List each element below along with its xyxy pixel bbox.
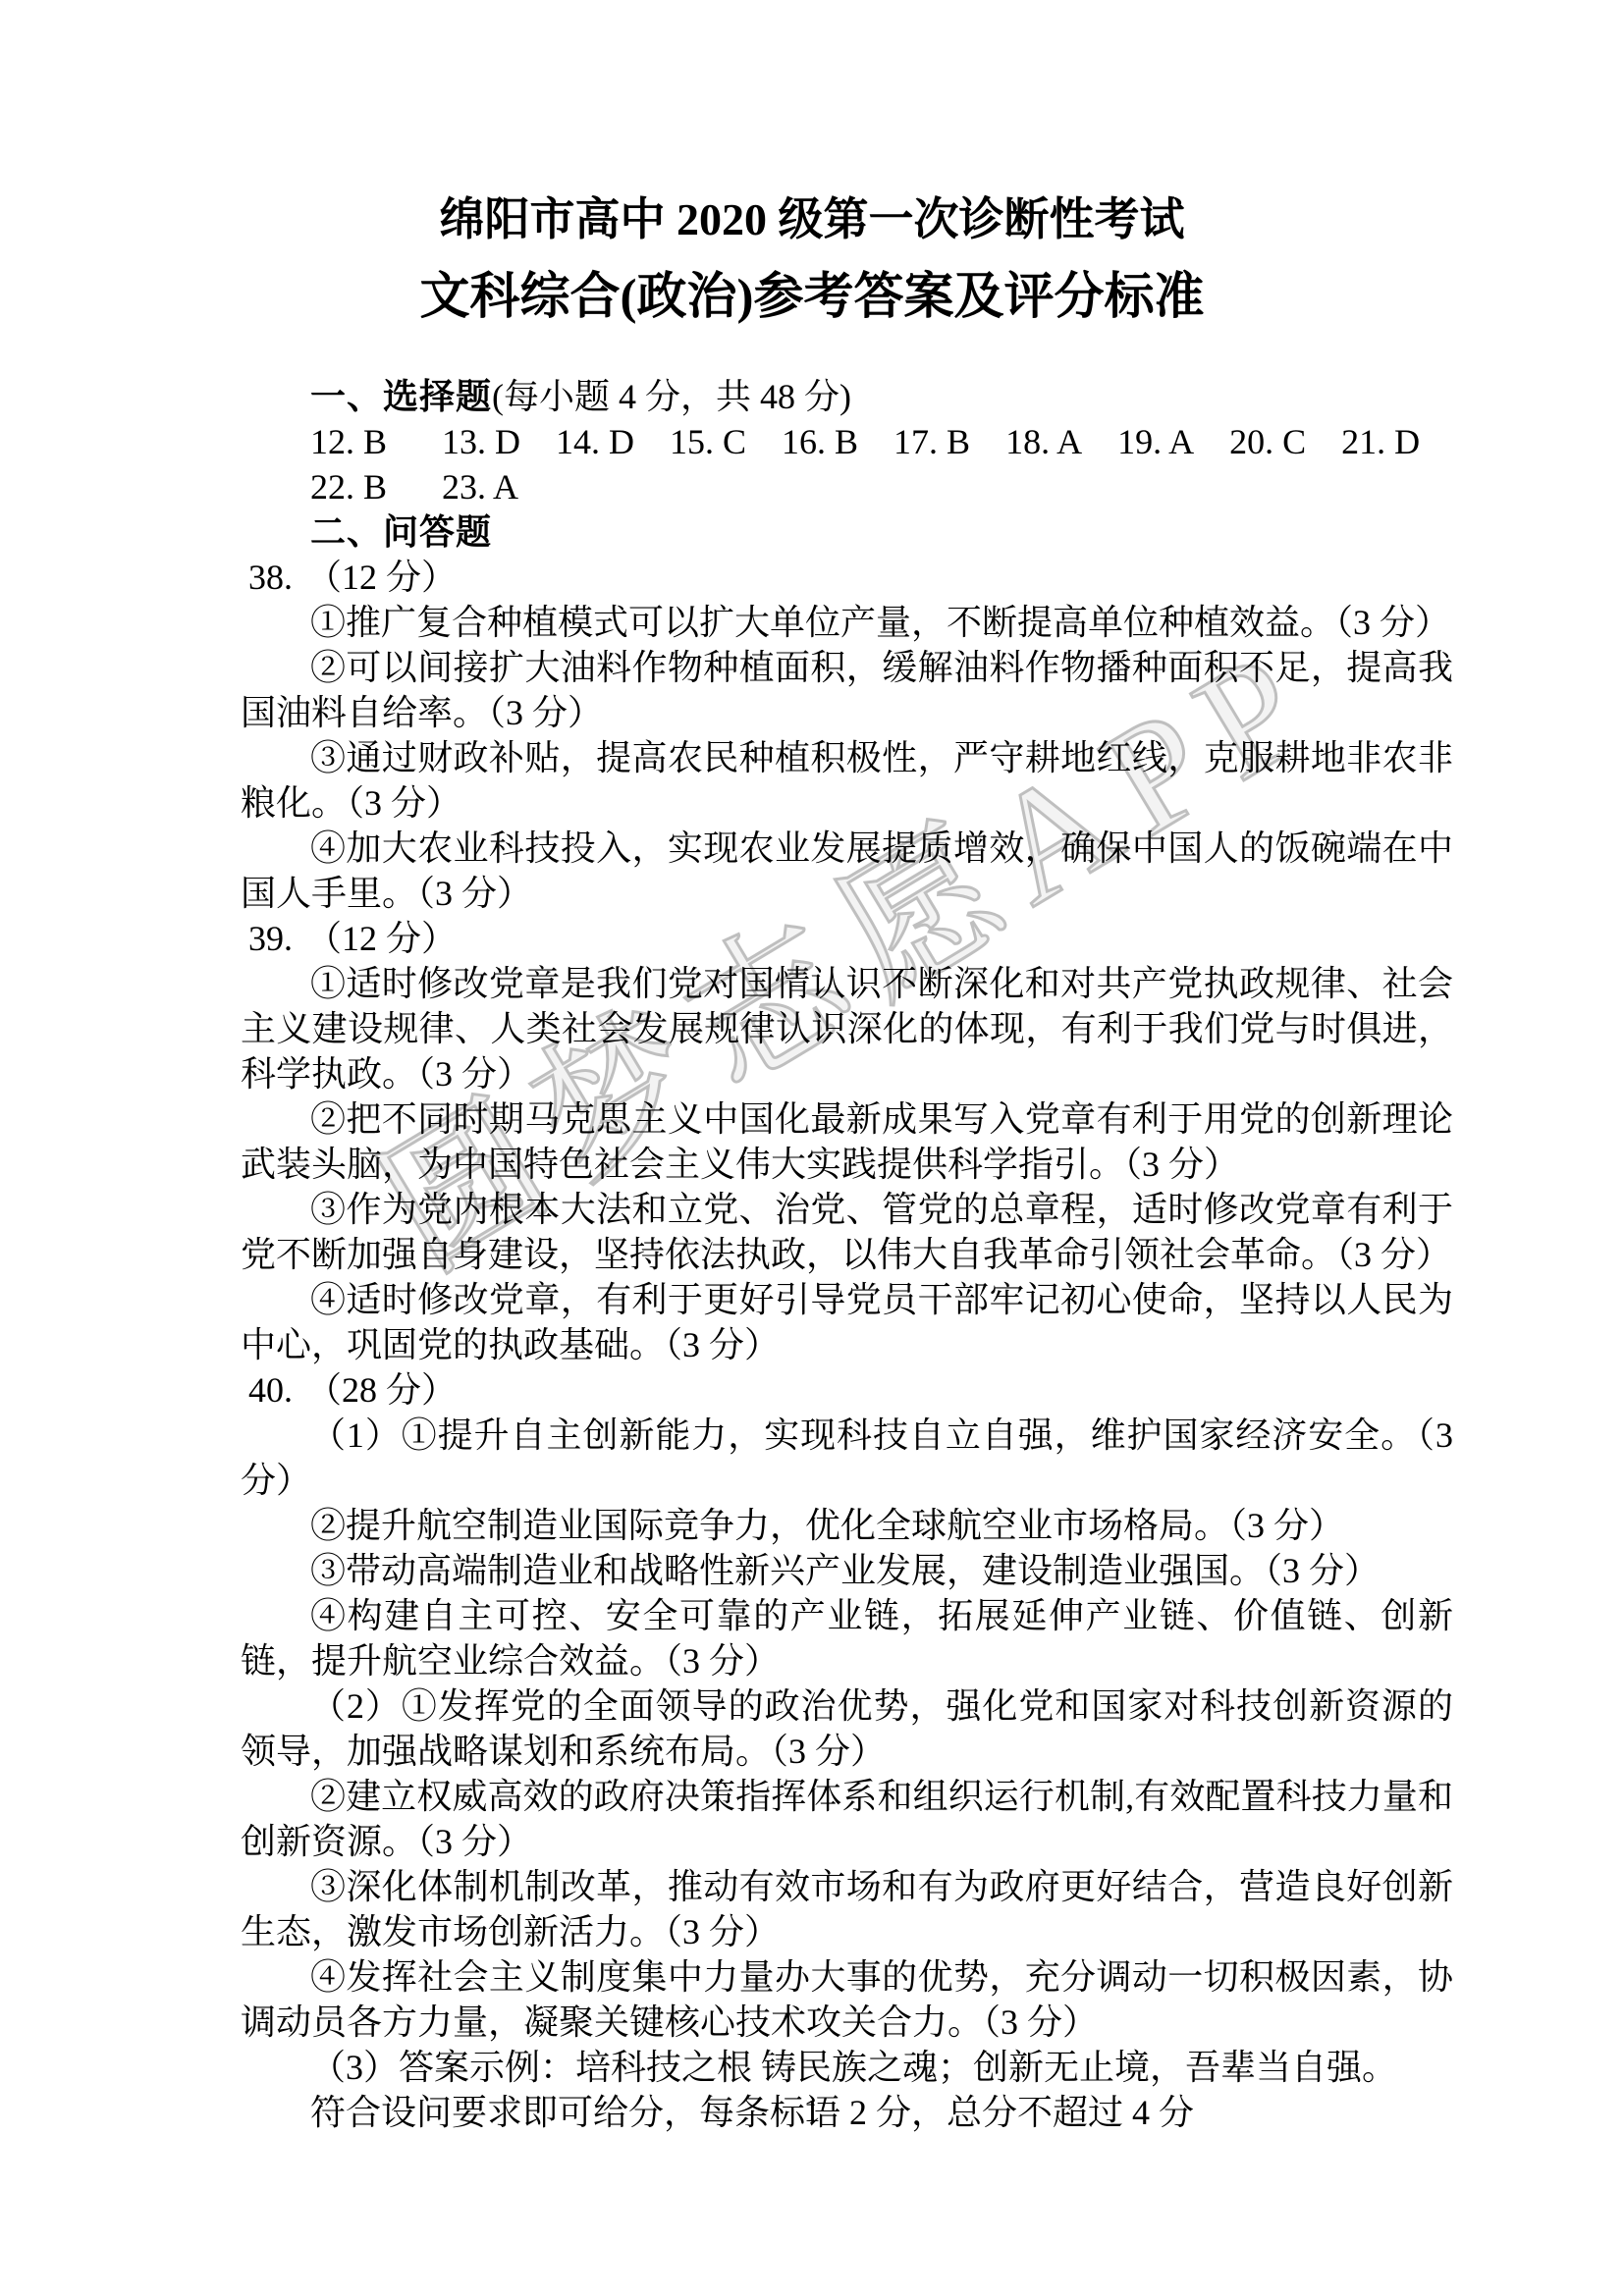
choice-answer: 16. B [782,422,858,461]
question-number-line: 38.（12 分） [241,555,1453,600]
answer-paragraph: ④构建自主可控、安全可靠的产业链，拓展延伸产业链、价值链、创新链，提升航空业综合… [241,1593,1453,1683]
section1-heading: 一、选择题(每小题 4 分，共 48 分) [241,374,1453,419]
answer-paragraph: （2）①发挥党的全面领导的政治优势，强化党和国家对科技创新资源的领导，加强战略谋… [241,1683,1453,1774]
exam-title-line1: 绵阳市高中 2020 级第一次诊断性考试 [0,192,1624,247]
choice-answers-row-1: 12. B13. D14. D15. C16. B17. B18. A19. A… [241,419,1453,464]
choice-answers-row-2: 22. B23. A [241,464,1453,509]
question-number: 38. [248,558,293,597]
answer-paragraph: ②把不同时期马克思主义中国化最新成果写入党章有利于用党的创新理论武装头脑，为中国… [241,1096,1453,1187]
answer-paragraph: （3）答案示例：培科技之根 铸民族之魂；创新无止境，吾辈当自强。 [241,2045,1453,2090]
exam-answer-sheet-page: 圆梦志愿APP 绵阳市高中 2020 级第一次诊断性考试 文科综合(政治)参考答… [0,0,1624,2296]
question-number-line: 39.（12 分） [241,916,1453,961]
answer-paragraph: ②建立权威高效的政府决策指挥体系和组织运行机制,有效配置科技力量和创新资源。（3… [241,1774,1453,1864]
answer-paragraph: ④适时修改党章，有利于更好引导党员干部牢记初心使命，坚持以人民为中心，巩固党的执… [241,1277,1453,1367]
answer-paragraph: ②提升航空制造业国际竞争力，优化全球航空业市场格局。（3 分） [241,1503,1453,1548]
page-number: 1 [0,2093,1624,2130]
section1-heading-bold: 一、选择题 [310,376,492,416]
free-response-questions: 38.（12 分）①推广复合种植模式可以扩大单位产量，不断提高单位种植效益。（3… [241,555,1453,2135]
answer-paragraph: ③带动高端制造业和战略性新兴产业发展，建设制造业强国。（3 分） [241,1548,1453,1593]
choice-answer: 22. B [310,467,387,507]
choice-answer: 13. D [442,422,520,461]
choice-answer: 15. C [670,422,746,461]
choice-answer: 18. A [1005,422,1082,461]
answer-paragraph: ③通过财政补贴，提高农民种植积极性，严守耕地红线，克服耕地非农非粮化。（3 分） [241,735,1453,826]
question-score: （28 分） [306,1370,457,1410]
document-header: 绵阳市高中 2020 级第一次诊断性考试 文科综合(政治)参考答案及评分标准 [0,192,1624,328]
section2-heading: 二、问答题 [241,509,1453,555]
answer-paragraph: ③作为党内根本大法和立党、治党、管党的总章程，适时修改党章有利于党不断加强自身建… [241,1187,1453,1277]
section1-heading-rest: (每小题 4 分，共 48 分) [492,377,851,416]
question-number-line: 40.（28 分） [241,1367,1453,1413]
answer-paragraph: ①推广复合种植模式可以扩大单位产量，不断提高单位种植效益。（3 分） [241,600,1453,645]
exam-title-line2: 文科综合(政治)参考答案及评分标准 [0,267,1624,328]
choice-answer: 14. D [556,422,634,461]
choice-answer: 20. C [1229,422,1306,461]
question-number: 39. [248,919,293,958]
section2-heading-bold: 二、问答题 [310,511,492,552]
answer-paragraph: ④发挥社会主义制度集中力量办大事的优势，充分调动一切积极因素，协调动员各方力量，… [241,1954,1453,2045]
choice-answer: 21. D [1341,422,1420,461]
answer-paragraph: （1）①提升自主创新能力，实现科技自立自强，维护国家经济安全。（3 分） [241,1413,1453,1503]
question-number: 40. [248,1370,293,1410]
choice-answer: 17. B [893,422,970,461]
choice-answer: 23. A [442,467,518,507]
answer-paragraph: ④加大农业科技投入，实现农业发展提质增效，确保中国人的饭碗端在中国人手里。（3 … [241,826,1453,916]
answer-paragraph: ①适时修改党章是我们党对国情认识不断深化和对共产党执政规律、社会主义建设规律、人… [241,961,1453,1096]
choice-answer: 19. A [1117,422,1194,461]
answer-paragraph: ②可以间接扩大油料作物种植面积，缓解油料作物播种面积不足，提高我国油料自给率。（… [241,645,1453,735]
question-score: （12 分） [306,558,457,597]
answer-paragraph: ③深化体制机制改革，推动有效市场和有为政府更好结合，营造良好创新生态，激发市场创… [241,1864,1453,1954]
question-score: （12 分） [306,919,457,958]
answer-key-body: 一、选择题(每小题 4 分，共 48 分) 12. B13. D14. D15.… [241,374,1453,2135]
choice-answer: 12. B [310,422,387,461]
